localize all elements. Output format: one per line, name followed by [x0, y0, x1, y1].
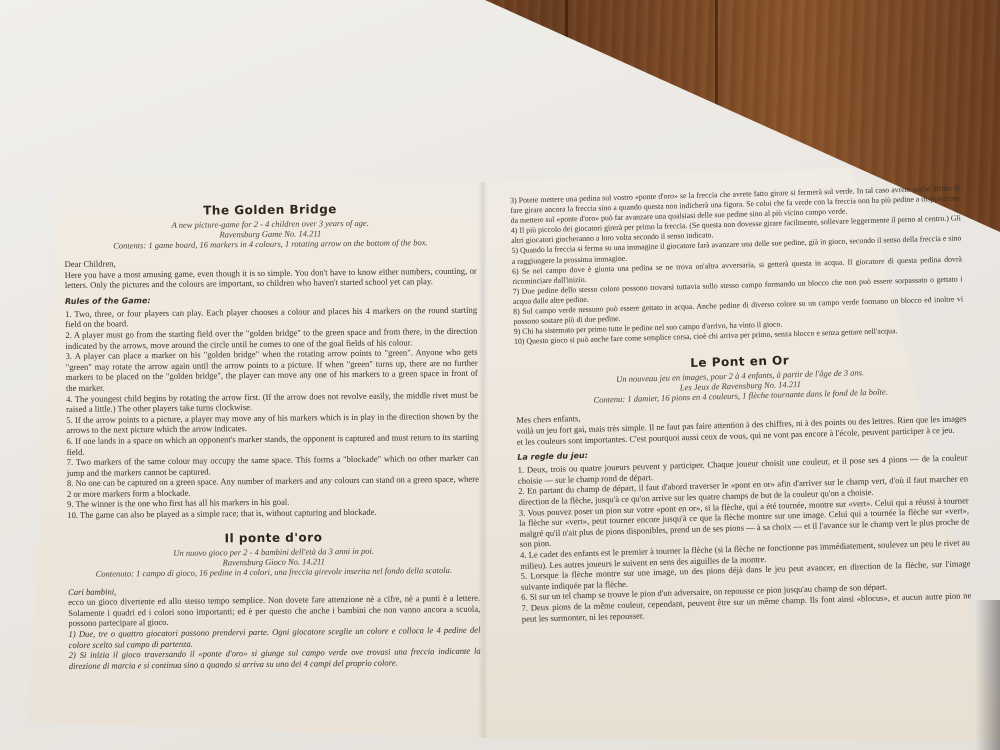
english-rules-heading: Rules of the Game:	[65, 292, 477, 305]
right-page: 3) Potete mettere una pedina sul vostro …	[510, 183, 972, 623]
english-rule: 3. A player can place a marker on his "g…	[66, 347, 478, 394]
english-section: The Golden Bridge A new picture-game for…	[64, 201, 479, 521]
italian-continued-section: 3) Potete mettere una pedina sul vostro …	[510, 183, 964, 347]
shadow	[975, 600, 1000, 750]
french-section: Le Pont en Or Un nouveau jeu en images, …	[515, 349, 972, 624]
italian-intro: ecco un gioco divertente ed allo stesso …	[68, 593, 480, 629]
italian-title: Il ponte d'oro	[67, 528, 479, 546]
italian-rule: 2) Si inizia il gioco traversando il «po…	[69, 646, 481, 672]
italian-section: Il ponte d'oro Un nuovo gioco per 2 - 4 …	[67, 528, 480, 671]
english-title: The Golden Bridge	[64, 201, 476, 219]
left-page: The Golden Bridge A new picture-game for…	[64, 201, 481, 672]
english-intro: Here you have a most amusing game, even …	[65, 265, 477, 291]
